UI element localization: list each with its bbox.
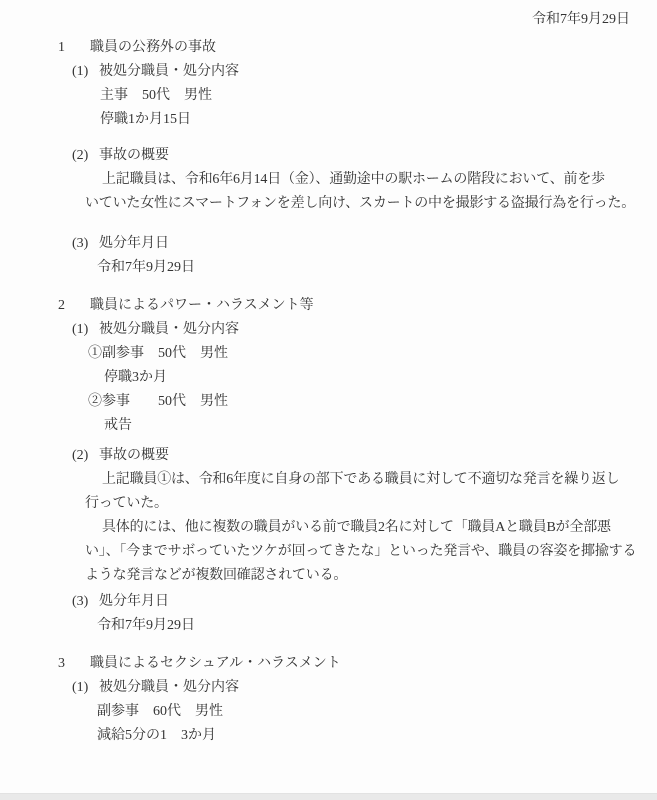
section-1-item-2-number: (2) — [72, 144, 99, 168]
section-2-item-2-text: 事故の概要 — [99, 448, 169, 463]
section-2-number: 2 — [58, 294, 90, 318]
section-1-item-1-number: (1) — [72, 60, 99, 84]
section-2-staff-2-line: ②参事 50代 男性 — [88, 390, 657, 414]
section-2-item-3-label: (3)処分年月日 — [72, 590, 657, 614]
section-3-item-1-text: 被処分職員・処分内容 — [99, 680, 239, 695]
section-3-staff-line: 副参事 60代 男性 — [97, 700, 657, 724]
section-2-item-3-text: 処分年月日 — [99, 594, 169, 609]
section-2-summary-line-5: ような発言などが複数回確認されている。 — [85, 564, 657, 588]
section-2-item-1-text: 被処分職員・処分内容 — [99, 322, 239, 337]
section-1-item-3-number: (3) — [72, 232, 99, 256]
section-2-title: 職員によるパワー・ハラスメント等 — [90, 298, 314, 313]
section-1-number: 1 — [58, 36, 90, 60]
section-1-item-3-label: (3)処分年月日 — [72, 232, 657, 256]
section-1-item-2-text: 事故の概要 — [99, 148, 169, 163]
section-1-summary-line-2: いていた女性にスマートフォンを差し向け、スカートの中を撮影する盗撮行為を行った。 — [85, 192, 657, 216]
section-3-penalty-line: 減給5分の1 3か月 — [97, 724, 657, 748]
section-2-heading: 2職員によるパワー・ハラスメント等 — [58, 294, 657, 318]
section-2-item-2-label: (2)事故の概要 — [72, 444, 657, 468]
section-3-item-1-label: (1)被処分職員・処分内容 — [72, 676, 657, 700]
section-2-summary-line-4: い」、「今までサボっていたツケが回ってきたな」といった発言や、職員の容姿を揶揄す… — [85, 540, 657, 564]
section-3-heading: 3職員によるセクシュアル・ハラスメント — [58, 652, 657, 676]
section-2-item-1-label: (1)被処分職員・処分内容 — [72, 318, 657, 342]
section-1-staff-line: 主事 50代 男性 — [100, 84, 657, 108]
section-2-summary-line-3: 具体的には、他に複数の職員がいる前で職員2名に対して「職員Aと職員Bが全部悪 — [102, 516, 657, 540]
section-3-title: 職員によるセクシュアル・ハラスメント — [90, 656, 341, 671]
section-1-item-1-label: (1)被処分職員・処分内容 — [72, 60, 657, 84]
document-page: 令和7年9月29日 1職員の公務外の事故 (1)被処分職員・処分内容 主事 50… — [0, 0, 657, 800]
section-2-penalty-1-line: 停職3か月 — [104, 366, 657, 390]
section-2-item-2-number: (2) — [72, 444, 99, 468]
document-date: 令和7年9月29日 — [0, 8, 657, 32]
section-1-item-2-label: (2)事故の概要 — [72, 144, 657, 168]
section-1-title: 職員の公務外の事故 — [90, 40, 216, 55]
section-1-item-1-text: 被処分職員・処分内容 — [99, 64, 239, 79]
section-1-penalty-line: 停職1か月15日 — [100, 108, 657, 132]
section-2-staff-1-line: ①副参事 50代 男性 — [88, 342, 657, 366]
section-3-number: 3 — [58, 652, 90, 676]
section-2-disposition-date: 令和7年9月29日 — [97, 614, 657, 638]
section-1-heading: 1職員の公務外の事故 — [58, 36, 657, 60]
section-1-item-3-text: 処分年月日 — [99, 236, 169, 251]
section-1-summary-line-1: 上記職員は、令和6年6月14日（金）、通勤途中の駅ホームの階段において、前を歩 — [102, 168, 657, 192]
document-content: 令和7年9月29日 1職員の公務外の事故 (1)被処分職員・処分内容 主事 50… — [0, 0, 657, 748]
section-1-disposition-date: 令和7年9月29日 — [97, 256, 657, 280]
section-2-summary-line-2: 行っていた。 — [85, 492, 657, 516]
section-2-penalty-2-line: 戒告 — [104, 414, 657, 438]
section-2-summary-line-1: 上記職員①は、令和6年度に自身の部下である職員に対して不適切な発言を繰り返し — [102, 468, 657, 492]
section-2-item-3-number: (3) — [72, 590, 99, 614]
page-bottom-edge — [0, 793, 657, 800]
section-3-item-1-number: (1) — [72, 676, 99, 700]
section-2-item-1-number: (1) — [72, 318, 99, 342]
